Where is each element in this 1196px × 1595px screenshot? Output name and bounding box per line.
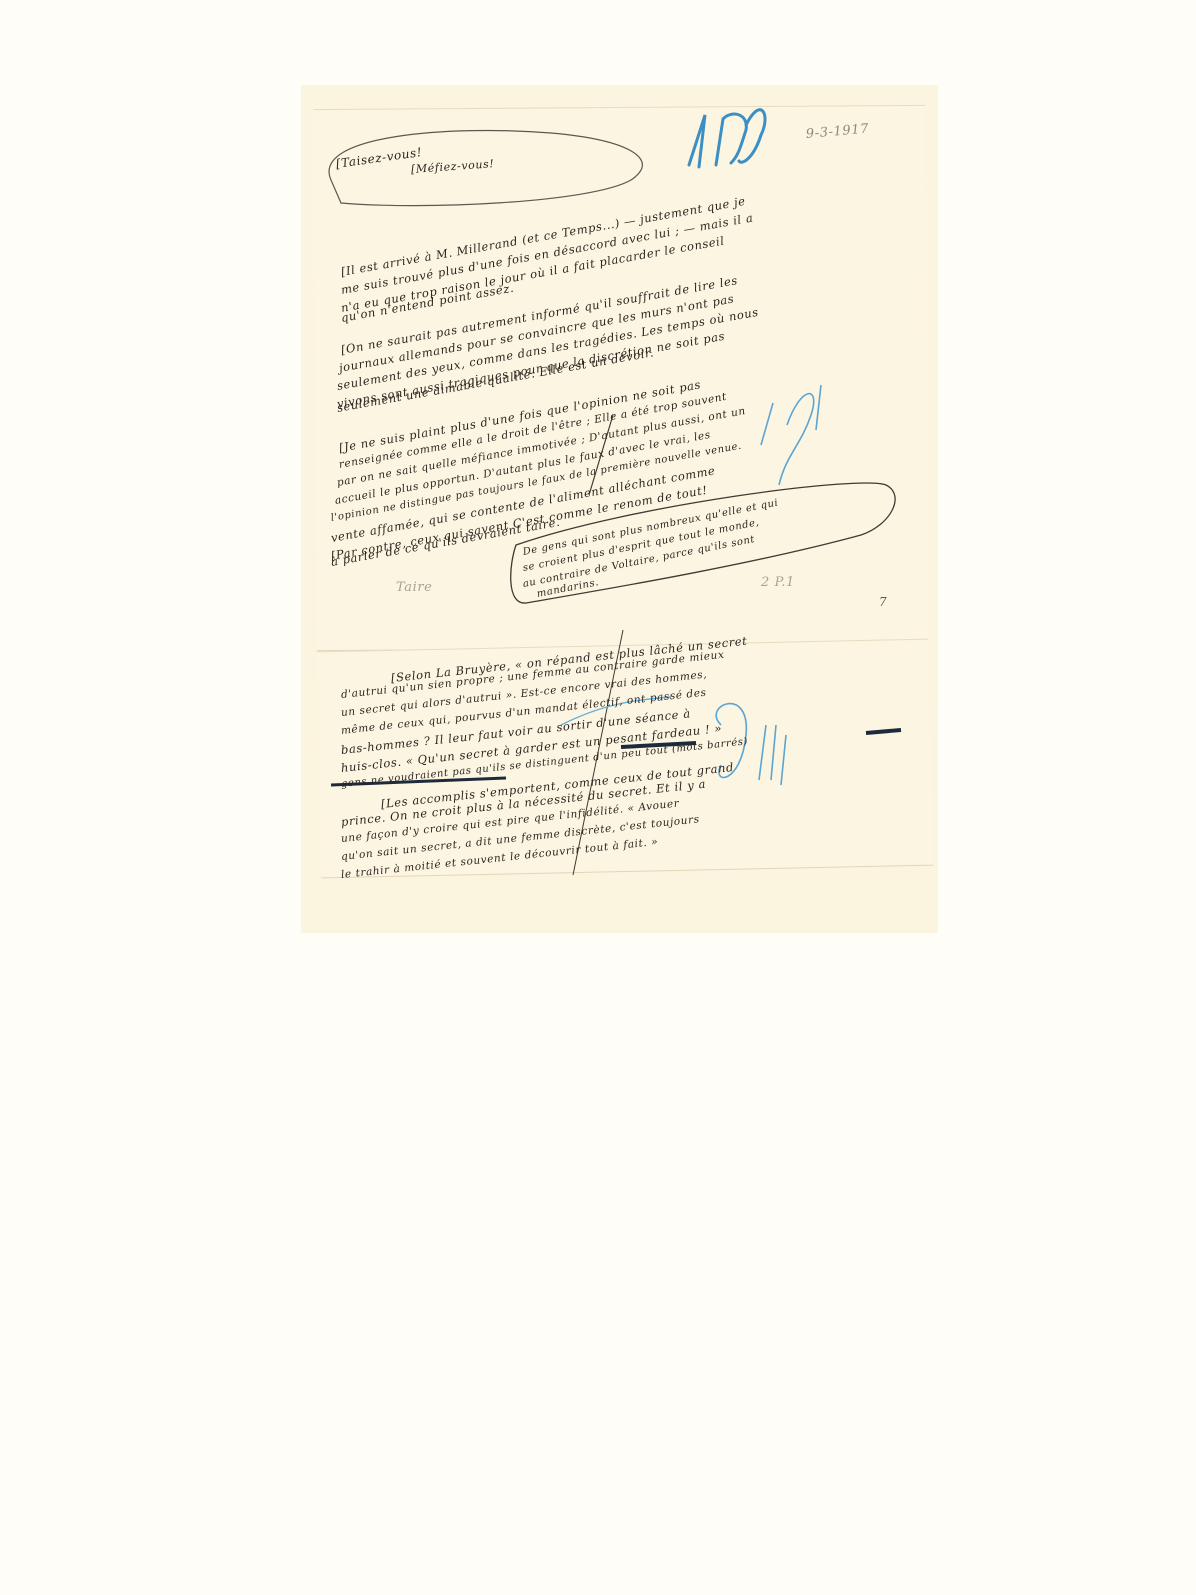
faint-note-corner: 7 [879, 595, 887, 609]
faint-note-right: 2 P.1 [761, 575, 795, 590]
faint-note-left: Taire [396, 580, 432, 595]
manuscript-scan: [Taisez-vous! [Méfiez-vous! 118 9-3-1917… [301, 85, 938, 933]
